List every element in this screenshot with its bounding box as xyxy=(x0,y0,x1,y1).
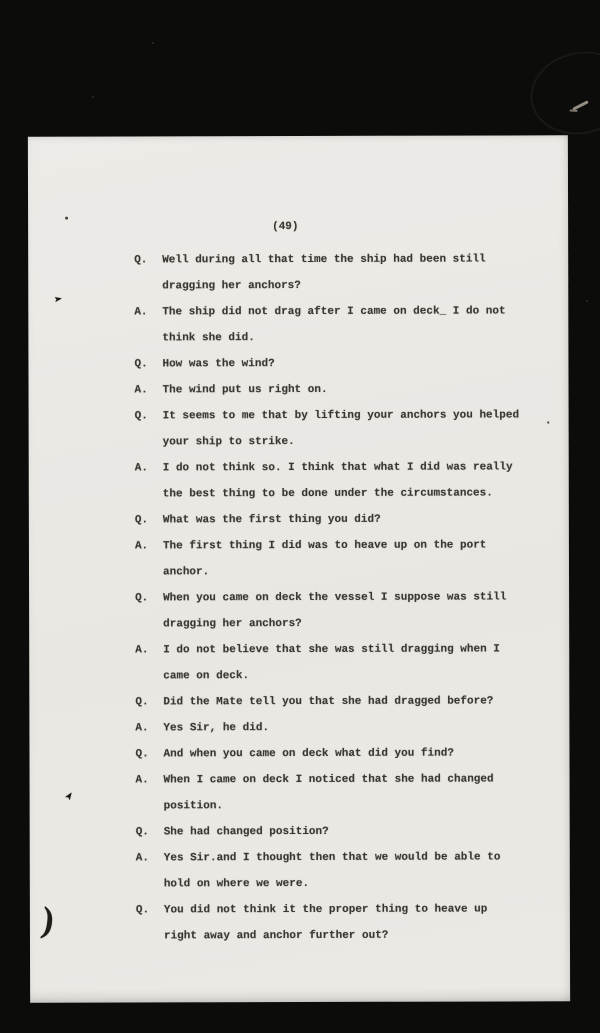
speaker-label: Q. xyxy=(135,403,148,429)
transcript-line: The wind put us right on. xyxy=(162,376,554,403)
transcript-line: And when you came on deck what did you f… xyxy=(163,740,555,767)
speaker-label: A. xyxy=(135,637,148,663)
answer-entry: A.The first thing I did was to heave up … xyxy=(135,532,555,585)
speaker-label: Q. xyxy=(135,507,148,533)
question-entry: Q.And when you came on deck what did you… xyxy=(135,740,555,767)
dust-speck xyxy=(152,42,154,44)
dust-speck xyxy=(586,300,588,302)
transcript-line: your ship to strike. xyxy=(163,428,555,455)
transcript-line: When I came on deck I noticed that she h… xyxy=(164,766,556,793)
transcript-line: When you came on deck the vessel I suppo… xyxy=(163,584,555,611)
transcript-line: hold on where we were. xyxy=(164,870,556,897)
question-entry: Q.What was the first thing you did? xyxy=(135,506,555,533)
speaker-label: A. xyxy=(135,715,148,741)
answer-entry: A.I do not believe that she was still dr… xyxy=(135,636,555,689)
transcript-line: Well during all that time the ship had b… xyxy=(162,246,554,273)
transcript-line: came on deck. xyxy=(163,662,555,689)
transcript-line: dragging her anchors? xyxy=(163,610,555,637)
question-entry: Q.Well during all that time the ship had… xyxy=(134,246,554,299)
question-entry: Q.She had changed position? xyxy=(136,818,556,845)
answer-entry: A.Yes Sir, he did. xyxy=(135,714,555,741)
transcript-line: Did the Mate tell you that she had dragg… xyxy=(163,688,555,715)
scan-background: { "page": { "number_label": "(49)" }, "c… xyxy=(0,0,600,1033)
answer-entry: A.When I came on deck I noticed that she… xyxy=(136,766,556,819)
transcript-line: think she did. xyxy=(162,324,554,351)
transcript-line: I do not think so. I think that what I d… xyxy=(163,454,555,481)
transcript-line: What was the first thing you did? xyxy=(163,506,555,533)
answer-entry: A.The ship did not drag after I came on … xyxy=(134,298,554,351)
speaker-label: A. xyxy=(135,455,148,481)
speaker-label: Q. xyxy=(135,741,148,767)
transcript-line: anchor. xyxy=(163,558,555,585)
speaker-label: A. xyxy=(134,377,147,403)
ink-speck: . xyxy=(545,407,552,433)
transcript-line: The first thing I did was to heave up on… xyxy=(163,532,555,559)
speaker-label: Q. xyxy=(135,585,148,611)
speaker-label: A. xyxy=(136,767,149,793)
speaker-label: A. xyxy=(135,533,148,559)
speaker-label: Q. xyxy=(134,247,147,273)
ink-blot-arrow-icon: ➤ xyxy=(53,293,64,307)
page-number: (49) xyxy=(272,214,298,240)
transcript-line: You did not think it the proper thing to… xyxy=(164,896,556,923)
transcript-line: She had changed position? xyxy=(164,818,556,845)
transcript-line: I do not believe that she was still drag… xyxy=(163,636,555,663)
pen-hook-mark: ) xyxy=(39,898,57,941)
speaker-label: A. xyxy=(136,845,149,871)
answer-entry: A.The wind put us right on. xyxy=(134,376,554,403)
transcript-line: Yes Sir.and I thought then that we would… xyxy=(164,844,556,871)
question-entry: Q.Did the Mate tell you that she had dra… xyxy=(135,688,555,715)
answer-entry: A.Yes Sir.and I thought then that we wou… xyxy=(136,844,556,897)
question-entry: Q.How was the wind? xyxy=(134,350,554,377)
question-entry: Q.When you came on deck the vessel I sup… xyxy=(135,584,555,637)
transcript-line: position. xyxy=(164,792,556,819)
speaker-label: Q. xyxy=(136,819,149,845)
scanner-shadow-ring xyxy=(523,42,600,143)
dust-speck xyxy=(92,96,94,98)
speaker-label: A. xyxy=(134,299,147,325)
transcript-line: It seems to me that by lifting your anch… xyxy=(163,402,555,429)
speaker-label: Q. xyxy=(136,897,149,923)
document-page: (49) Q.Well during all that time the shi… xyxy=(28,135,570,1002)
transcript-line: right away and anchor further out? xyxy=(164,922,556,949)
transcript-line: the best thing to be done under the circ… xyxy=(163,480,555,507)
transcript: Q.Well during all that time the ship had… xyxy=(134,246,556,949)
transcript-line: The ship did not drag after I came on de… xyxy=(162,298,554,325)
ink-blot-cursor-icon: ➤ xyxy=(61,788,79,804)
speaker-label: Q. xyxy=(134,351,147,377)
answer-entry: A.I do not think so. I think that what I… xyxy=(135,454,555,507)
ink-speck xyxy=(65,217,68,220)
question-entry: Q.It seems to me that by lifting your an… xyxy=(135,402,555,455)
transcript-line: dragging her anchors? xyxy=(162,272,554,299)
transcript-line: How was the wind? xyxy=(162,350,554,377)
speaker-label: Q. xyxy=(135,689,148,715)
question-entry: Q.You did not think it the proper thing … xyxy=(136,896,556,949)
transcript-line: Yes Sir, he did. xyxy=(163,714,555,741)
